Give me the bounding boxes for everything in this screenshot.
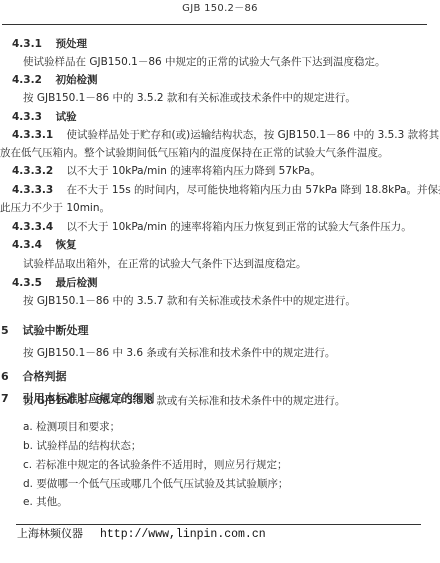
section-number: 4.3.5 [12,277,42,289]
item-label: a. [23,421,33,433]
item-label: d. [23,478,33,490]
section-4-3-3-1-line1: 4.3.3.1 使试验样品处于贮存和(或)运输结构状态，按 GJB150.1－8… [12,128,439,142]
footer-company: 上海林频仪器 [17,527,83,540]
section-number: 4.3.3.3 [12,184,53,196]
detail-item-b: b. 试验样品的结构状态； [23,439,141,453]
detail-item-d: d. 要做哪一个低气压或哪几个低气压试验及其试验顺序； [23,477,288,491]
section-title: 试验中断处理 [23,324,89,337]
section-title: 预处理 [56,38,88,50]
section-title: 引用本标准时应规定的细则 [23,392,155,405]
section-text: 以不大于 10kPa/min 的速率将箱内压力恢复到正常的试验大气条件压力。 [67,221,412,233]
section-5-body: 按 GJB150.1－86 中 3.6 条或有关标准和技术条件中的规定进行。 [23,346,335,360]
section-number: 4.3.1 [12,38,42,50]
item-text: 若标准中规定的各试验条件不适用时，则应另行规定； [35,459,287,471]
section-4-3-3-1-line2: 放在低气压箱内。整个试验期间低气压箱内的温度保持在正常的试验大气条件温度。 [0,146,389,160]
section-4-3-3-2: 4.3.3.2 以不大于 10kPa/min 的速率将箱内压力降到 57kPa。 [12,164,321,178]
section-4-3-3-3-line2: 此压力不少于 10min。 [0,201,110,215]
item-label: e. [23,496,33,508]
section-number: 6 [1,370,9,383]
item-label: b. [23,440,33,452]
item-text: 其他。 [36,496,68,508]
section-title: 试验 [56,111,77,123]
section-4-3-3-heading: 4.3.3 试验 [12,110,77,124]
header-rule [2,24,427,25]
section-number: 4.3.3.4 [12,221,53,233]
section-4-3-2-body: 按 GJB150.1－86 中的 3.5.2 款和有关标准或技术条件中的规定进行… [23,91,356,105]
section-6-heading: 6 合格判据 [1,370,67,384]
detail-item-a: a. 检测项目和要求； [23,420,120,434]
item-text: 要做哪一个低气压或哪几个低气压试验及其试验顺序； [36,478,288,490]
section-text: 使试验样品处于贮存和(或)运输结构状态，按 GJB150.1－86 中的 3.5… [67,129,440,141]
section-title: 最后检测 [56,277,98,289]
section-4-3-5-body: 按 GJB150.1－86 中的 3.5.7 款和有关标准或技术条件中的规定进行… [23,294,356,308]
section-title: 初始检测 [56,74,98,86]
section-text: 以不大于 10kPa/min 的速率将箱内压力降到 57kPa。 [67,165,321,177]
item-text: 检测项目和要求； [36,421,120,433]
section-number: 4.3.2 [12,74,42,86]
section-4-3-4-heading: 4.3.4 恢复 [12,238,77,252]
detail-item-c: c. 若标准中规定的各试验条件不适用时，则应另行规定； [23,458,287,472]
section-number: 7 [1,392,9,405]
item-label: c. [23,459,32,471]
section-5-heading: 5 试验中断处理 [1,324,89,338]
page-header: GJB 150.2－86 [0,2,440,16]
footer-rule [16,524,421,525]
footer: 上海林频仪器 http://www,linpin.com.cn [17,527,266,542]
section-4-3-3-3-line1: 4.3.3.3 在不大于 15s 的时间内，尽可能快地将箱内压力由 57kPa … [12,183,440,197]
section-7-heading: 7 引用本标准时应规定的细则 [1,392,155,406]
section-4-3-2-heading: 4.3.2 初始检测 [12,73,98,87]
section-4-3-5-heading: 4.3.5 最后检测 [12,276,98,290]
section-text: 在不大于 15s 的时间内，尽可能快地将箱内压力由 57kPa 降到 18.8k… [67,184,440,196]
section-number: 5 [1,324,9,337]
section-number: 4.3.3.1 [12,129,53,141]
section-4-3-1-heading: 4.3.1 预处理 [12,37,87,51]
section-number: 4.3.3 [12,111,42,123]
section-4-3-4-body: 试验样品取出箱外，在正常的试验大气条件下达到温度稳定。 [23,257,307,271]
section-4-3-3-4: 4.3.3.4 以不大于 10kPa/min 的速率将箱内压力恢复到正常的试验大… [12,220,412,234]
section-4-3-1-body: 使试验样品在 GJB150.1－86 中规定的正常的试验大气条件下达到温度稳定。 [23,55,386,69]
section-number: 4.3.4 [12,239,42,251]
detail-item-e: e. 其他。 [23,495,68,509]
section-title: 恢复 [56,239,77,251]
footer-url[interactable]: http://www,linpin.com.cn [100,528,266,541]
section-title: 合格判据 [23,370,67,383]
item-text: 试验样品的结构状态； [36,440,141,452]
section-number: 4.3.3.2 [12,165,53,177]
